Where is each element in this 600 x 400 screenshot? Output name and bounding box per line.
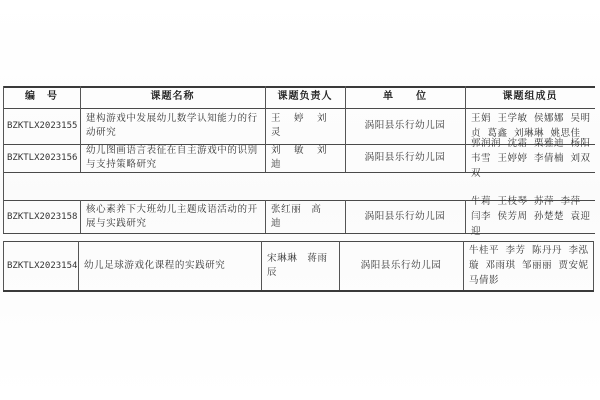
row3-title: 核心素养下大班幼儿主题成语活动的开展与实践研究 [80, 200, 265, 233]
row4-code: BZKTLX2023154 [3, 241, 78, 290]
row3-members: 牛莉 王枝琴 苏萍 李萍 闫李 侯芳周 孙楚楚 袁迎迎 [465, 200, 595, 233]
row4-title: 幼儿足球游戏化课程的实践研究 [78, 241, 261, 290]
header-members: 课题组成员 [465, 86, 595, 108]
row4-right-border [593, 241, 594, 290]
row1-unit: 涡阳县乐行幼儿园 [345, 108, 465, 144]
row2-leader: 刘 敏 刘 迪 [265, 144, 345, 172]
row4-bottom-border [3, 290, 594, 292]
row3-code: BZKTLX2023158 [3, 200, 80, 233]
row1-code: BZKTLX2023155 [3, 108, 80, 144]
header-unit: 单 位 [345, 86, 465, 108]
row4-members: 牛桂平 李芳 陈丹丹 李泓璇 邓雨琪 邹丽丽 贾安妮 马倩影 [463, 241, 593, 290]
header-leader: 课题负责人 [265, 86, 345, 108]
header-title: 课题名称 [80, 86, 265, 108]
row3-unit: 涡阳县乐行幼儿园 [345, 200, 465, 233]
row2-unit: 涡阳县乐行幼儿园 [345, 144, 465, 172]
row2-members: 郭润润 沈霜 栗雅迪 杨阳 韦雪 王婷婷 李倩楠 刘双双 [465, 144, 595, 172]
header-code: 编 号 [3, 86, 80, 108]
row2-title: 幼儿图画语言表征在自主游戏中的识别与支持策略研究 [80, 144, 265, 172]
row1-title: 建构游戏中发展幼儿数学认知能力的行动研究 [80, 108, 265, 144]
row4-unit: 涡阳县乐行幼儿园 [339, 241, 463, 290]
row4-leader: 宋琳琳 蒋雨辰 [261, 241, 339, 290]
row3-leader: 张红丽 高 迪 [265, 200, 345, 233]
row2-code: BZKTLX2023156 [3, 144, 80, 172]
project-table: 编 号 课题名称 课题负责人 单 位 课题组成员 BZKTLX2023155 建… [0, 0, 600, 400]
row1-leader: 王 婷 刘 灵 [265, 108, 345, 144]
